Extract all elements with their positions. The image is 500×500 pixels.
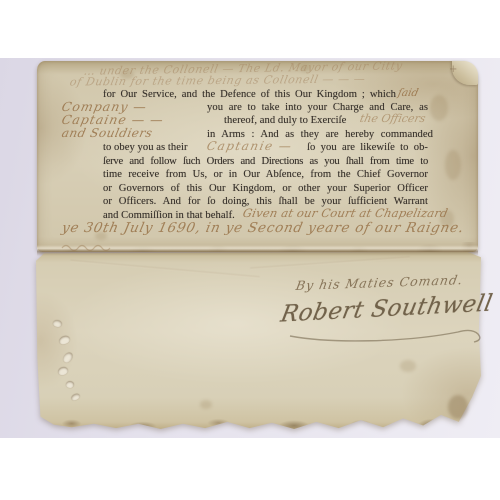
handwritten-insert-said: ſaid: [397, 87, 420, 99]
stain: [445, 150, 461, 180]
foxing-stains: [36, 407, 481, 429]
handwritten-insert-captanie: Captanie —: [206, 139, 294, 153]
handwritten-insert-officers: the Officers: [359, 112, 427, 125]
printed-line-6: ſerve and follow ſuch Orders and Directi…: [103, 155, 428, 168]
printed-line-8: or Governors of this Our Kingdom, or oth…: [103, 182, 428, 195]
signature-flourish: [288, 326, 488, 344]
stain: [400, 360, 416, 372]
printed-line-5b: ſo you are likewiſe to ob-: [307, 141, 428, 154]
handwritten-given-at-court: Given at our Court at Chapelizard: [242, 206, 450, 220]
photo-of-document: … under the Collonell — The Ld. Mayor of…: [0, 0, 500, 500]
stain: [430, 95, 448, 121]
handwritten-insert-captaine: Captaine — —: [60, 112, 165, 127]
printed-line-3: thereof, and duly to Exerciſe: [224, 114, 362, 127]
stain: [448, 395, 468, 419]
printed-line-5a: to obey you as their: [103, 141, 203, 154]
cross-mark: +: [449, 64, 457, 75]
stain: [200, 400, 212, 409]
handwritten-insert-souldiers: and Souldiers: [61, 126, 154, 140]
printed-line-7: time receive from Us, or in Our Abſence,…: [103, 168, 428, 181]
faint-scribble: [60, 242, 114, 252]
handwritten-date-line: ye 30th July 1690, in ye Second yeare of…: [60, 220, 465, 236]
